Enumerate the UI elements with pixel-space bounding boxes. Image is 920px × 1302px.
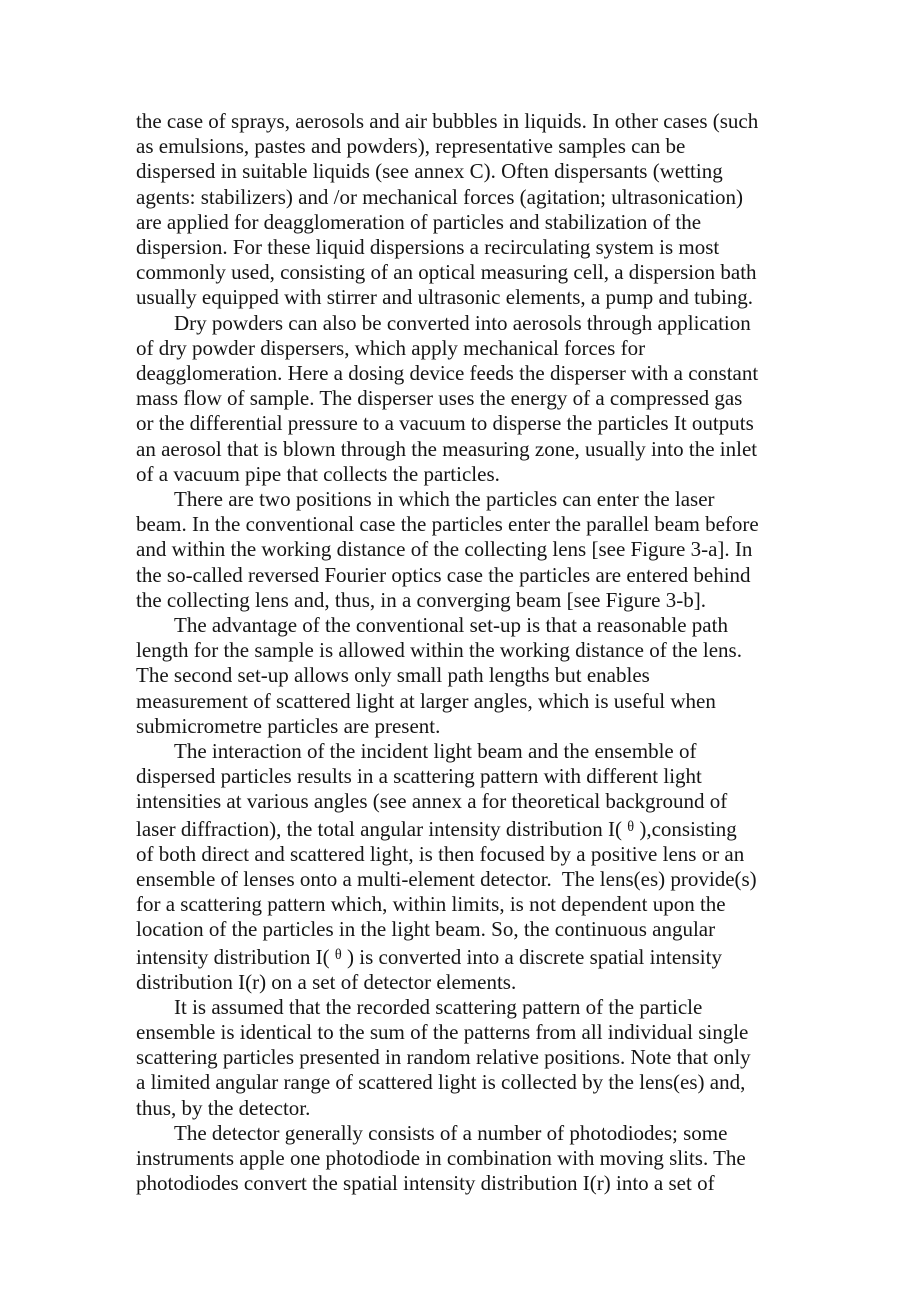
text-line: mass flow of sample. The disperser uses … [136, 386, 808, 411]
text-line: or the differential pressure to a vacuum… [136, 411, 808, 436]
text-line: It is assumed that the recorded scatteri… [136, 995, 808, 1020]
text-line: for a scattering pattern which, within l… [136, 892, 808, 917]
text-line: Dry powders can also be converted into a… [136, 311, 808, 336]
paragraph: the case of sprays, aerosols and air bub… [136, 109, 808, 311]
theta-symbol: θ [335, 947, 342, 963]
text-line: instruments apple one photodiode in comb… [136, 1146, 808, 1171]
text-line: distribution I(r) on a set of detector e… [136, 970, 808, 995]
text-line: dispersion. For these liquid dispersions… [136, 235, 808, 260]
document-page: the case of sprays, aerosols and air bub… [0, 0, 920, 1302]
text-line: measurement of scattered light at larger… [136, 689, 808, 714]
paragraph: The advantage of the conventional set-up… [136, 613, 808, 739]
text-line: a limited angular range of scattered lig… [136, 1070, 808, 1095]
text-line: ensemble of lenses onto a multi-element … [136, 867, 808, 892]
paragraph: The interaction of the incident light be… [136, 739, 808, 995]
text-line: scattering particles presented in random… [136, 1045, 808, 1070]
text-line: location of the particles in the light b… [136, 917, 808, 942]
text-line: of a vacuum pipe that collects the parti… [136, 462, 808, 487]
text-line: The interaction of the incident light be… [136, 739, 808, 764]
text-line: photodiodes convert the spatial intensit… [136, 1171, 808, 1196]
text-line: an aerosol that is blown through the mea… [136, 437, 808, 462]
paragraph: Dry powders can also be converted into a… [136, 311, 808, 487]
text-line: ensemble is identical to the sum of the … [136, 1020, 808, 1045]
text-line: the so-called reversed Fourier optics ca… [136, 563, 808, 588]
text-line: laser diffraction), the total angular in… [136, 815, 808, 842]
text-line: the case of sprays, aerosols and air bub… [136, 109, 808, 134]
text-line: agents: stabilizers) and /or mechanical … [136, 185, 808, 210]
text-line: commonly used, consisting of an optical … [136, 260, 808, 285]
text-line: are applied for deagglomeration of parti… [136, 210, 808, 235]
text-line: The advantage of the conventional set-up… [136, 613, 808, 638]
text-line: submicrometre particles are present. [136, 714, 808, 739]
text-line: intensities at various angles (see annex… [136, 789, 808, 814]
theta-symbol: θ [627, 819, 634, 835]
text-line: the collecting lens and, thus, in a conv… [136, 588, 808, 613]
text-line: of both direct and scattered light, is t… [136, 842, 808, 867]
text-line: intensity distribution I( θ ) is convert… [136, 943, 808, 970]
paragraph: There are two positions in which the par… [136, 487, 808, 613]
text-line: deagglomeration. Here a dosing device fe… [136, 361, 808, 386]
text-line: The second set-up allows only small path… [136, 663, 808, 688]
text-line: and within the working distance of the c… [136, 537, 808, 562]
text-line: as emulsions, pastes and powders), repre… [136, 134, 808, 159]
text-line: The detector generally consists of a num… [136, 1121, 808, 1146]
paragraph: The detector generally consists of a num… [136, 1121, 808, 1197]
page-text: the case of sprays, aerosols and air bub… [136, 109, 808, 1196]
text-line: dispersed in suitable liquids (see annex… [136, 159, 808, 184]
text-line: length for the sample is allowed within … [136, 638, 808, 663]
text-line: There are two positions in which the par… [136, 487, 808, 512]
text-line: dispersed particles results in a scatter… [136, 764, 808, 789]
paragraph: It is assumed that the recorded scatteri… [136, 995, 808, 1121]
text-line: usually equipped with stirrer and ultras… [136, 285, 808, 310]
text-line: beam. In the conventional case the parti… [136, 512, 808, 537]
text-line: of dry powder dispersers, which apply me… [136, 336, 808, 361]
text-line: thus, by the detector. [136, 1096, 808, 1121]
